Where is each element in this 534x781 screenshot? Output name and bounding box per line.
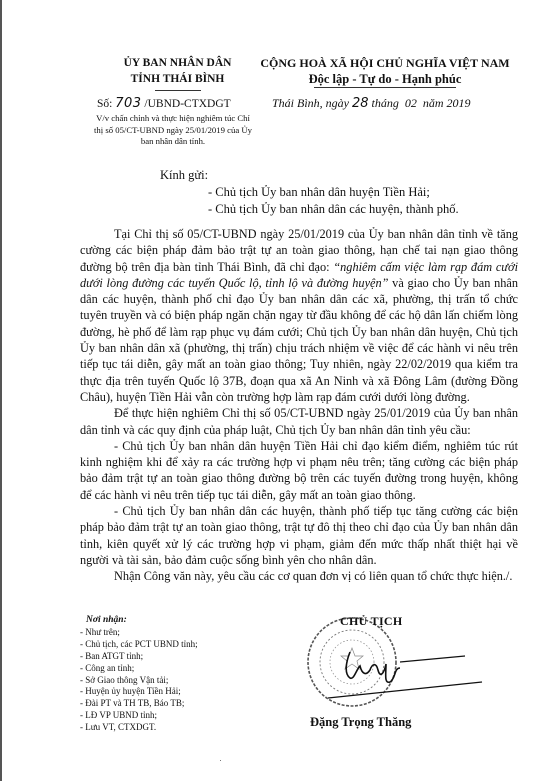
receiver-item: - Chủ tịch, các PCT UBND tỉnh; — [80, 639, 198, 651]
receiver-item: - Ban ATGT tỉnh; — [80, 651, 198, 663]
motto: Độc lập - Tự do - Hạnh phúc — [250, 71, 520, 87]
recipient-item: - Chủ tịch Ủy ban nhân dân huyện Tiền Hả… — [208, 184, 459, 201]
greeting: Kính gửi: — [160, 168, 208, 183]
paragraph-2: Để thực hiện nghiêm Chỉ thị số 05/CT-UBN… — [80, 405, 518, 438]
paragraph-5: Nhận Công văn này, yêu cầu các cơ quan đ… — [80, 568, 518, 584]
agency-header: ỦY BAN NHÂN DÂN TỈNH THÁI BÌNH — [90, 55, 265, 91]
paragraph-3: - Chủ tịch Ủy ban nhân dân huyện Tiền Hả… — [80, 438, 518, 503]
date-day-handwritten: 28 — [352, 96, 369, 111]
receiver-item: - Đài PT và TH TB, Báo TB; — [80, 698, 198, 710]
receiver-item: - Như trên; — [80, 627, 198, 639]
receiver-item: - Huyện ủy huyện Tiền Hải; — [80, 686, 198, 698]
date-place: Thái Bình, ngày — [272, 96, 349, 110]
number-handwritten: 703 — [115, 96, 141, 111]
motto-underline — [314, 87, 456, 88]
signer-name: Đặng Trọng Thăng — [310, 715, 411, 730]
recipient-list: - Chủ tịch Ủy ban nhân dân huyện Tiền Hả… — [208, 184, 459, 218]
receiver-item: - LĐ VP UBND tỉnh; — [80, 710, 198, 722]
page-left-border — [0, 0, 2, 781]
document-body: Tại Chỉ thị số 05/CT-UBND ngày 25/01/201… — [80, 226, 518, 585]
receiver-item: - Sở Giao thông Vận tải; — [80, 675, 198, 687]
document-subject: V/v chấn chỉnh và thực hiện nghiêm túc C… — [93, 113, 253, 148]
signature-block: CHỦ TỊCH Đặng Trọng Thăng — [300, 604, 490, 764]
scan-speck — [220, 760, 221, 761]
date-rest: tháng 02 năm 2019 — [372, 96, 471, 110]
national-header: CỘNG HOÀ XÃ HỘI CHỦ NGHĨA VIỆT NAM Độc l… — [250, 55, 520, 88]
receiver-item: - Lưu VT, CTXDGT. — [80, 722, 198, 734]
agency-line-1: ỦY BAN NHÂN DÂN — [90, 55, 265, 71]
recipient-item: - Chủ tịch Ủy ban nhân dân các huyện, th… — [208, 201, 459, 218]
receivers-title: Nơi nhận: — [80, 615, 198, 627]
paragraph-4: - Chủ tịch Ủy ban nhân dân các huyện, th… — [80, 503, 518, 568]
signer-role: CHỦ TỊCH — [340, 614, 403, 629]
document-number: Số: 703 /UBND-CTXDGT — [97, 96, 231, 111]
receiver-item: - Công an tỉnh; — [80, 663, 198, 675]
paragraph-1: Tại Chỉ thị số 05/CT-UBND ngày 25/01/201… — [80, 226, 518, 405]
number-suffix: /UBND-CTXDGT — [144, 98, 230, 110]
number-prefix: Số: — [97, 98, 112, 110]
agency-underline — [155, 90, 201, 91]
nation-title: CỘNG HOÀ XÃ HỘI CHỦ NGHĨA VIỆT NAM — [250, 55, 520, 71]
document-date: Thái Bình, ngày 28 tháng 02 năm 2019 — [272, 96, 471, 111]
agency-line-2: TỈNH THÁI BÌNH — [90, 71, 265, 87]
receivers-block: Nơi nhận: - Như trên; - Chủ tịch, các PC… — [80, 615, 198, 734]
